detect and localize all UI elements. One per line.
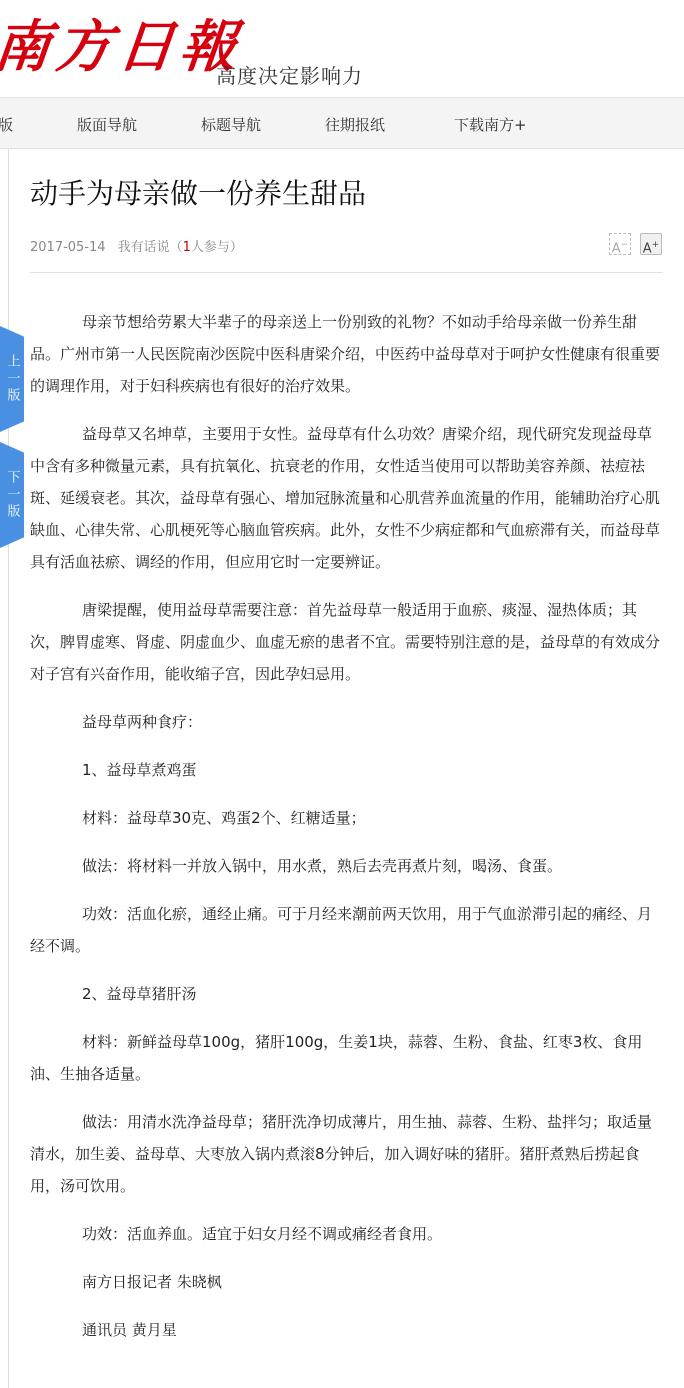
site-slogan: 高度决定影响力 (216, 60, 363, 89)
nav-item-download-app[interactable]: 下载南方+ (454, 114, 527, 135)
article-paragraph: 功效：活血养血。适宜于妇女月经不调或痛经者食用。 (30, 1218, 664, 1250)
article-paragraph: 益母草又名坤草，主要用于女性。益母草有什么功效？唐梁介绍，现代研究发现益母草中含… (30, 418, 664, 578)
previous-page-tab[interactable]: 上一版 (0, 326, 24, 432)
nav-item-edition[interactable]: 版 (0, 114, 13, 135)
main-nav: 版 版面导航 标题导航 往期报纸 下载南方+ (0, 97, 684, 149)
minus-icon: − (621, 240, 629, 250)
article-paragraph: 做法：用清水洗净益母草；猪肝洗净切成薄片，用生抽、蒜蓉、生粉、盐拌匀；取适量清水… (30, 1106, 664, 1202)
article-paragraph: 功效：活血化瘀，通经止痛。可于月经来潮前两天饮用，用于气血淤滞引起的痛经、月经不… (30, 898, 664, 962)
comment-link[interactable]: 我有话说（1人参与） (118, 240, 243, 255)
article-body: 母亲节想给劳累大半辈子的母亲送上一份别致的礼物？不如动手给母亲做一份养生甜品。广… (30, 306, 664, 1362)
article-paragraph: 材料：新鲜益母草100g，猪肝100g，生姜1块，蒜蓉、生粉、食盐、红枣3枚、食… (30, 1026, 664, 1090)
comment-count: 1 (183, 240, 191, 255)
article-title: 动手为母亲做一份养生甜品 (30, 172, 366, 212)
nav-item-page-navigation[interactable]: 版面导航 (77, 114, 137, 135)
site-header: 南方日報 高度决定影响力 (0, 0, 684, 97)
article-byline-reporter: 南方日报记者 朱晓枫 (30, 1266, 664, 1298)
article-paragraph: 唐梁提醒，使用益母草需要注意：首先益母草一般适用于血瘀、痰湿、湿热体质；其次，脾… (30, 594, 664, 690)
article-paragraph: 1、益母草煮鸡蛋 (30, 754, 664, 786)
nav-item-title-navigation[interactable]: 标题导航 (201, 114, 261, 135)
article-paragraph: 做法：将材料一并放入锅中，用水煮，熟后去壳再煮片刻，喝汤、食蛋。 (30, 850, 664, 882)
article-paragraph: 材料：益母草30克、鸡蛋2个、红糖适量； (30, 802, 664, 834)
article-paragraph: 母亲节想给劳累大半辈子的母亲送上一份别致的礼物？不如动手给母亲做一份养生甜品。广… (30, 306, 664, 402)
article-meta: 2017-05-14我有话说（1人参与） (30, 236, 243, 255)
font-decrease-button[interactable]: A− (609, 233, 631, 255)
nanfang-daily-logo[interactable]: 南方日報 (0, 12, 246, 82)
article-byline-correspondent: 通讯员 黄月星 (30, 1314, 664, 1346)
font-increase-button[interactable]: A+ (640, 233, 662, 255)
article-paragraph: 益母草两种食疗： (30, 706, 664, 738)
meta-divider (30, 272, 663, 273)
article-paragraph: 2、益母草猪肝汤 (30, 978, 664, 1010)
nav-item-past-issues[interactable]: 往期报纸 (325, 114, 385, 135)
plus-icon: + (652, 240, 660, 250)
article-date: 2017-05-14 (30, 240, 106, 255)
next-page-tab[interactable]: 下一版 (0, 442, 24, 548)
